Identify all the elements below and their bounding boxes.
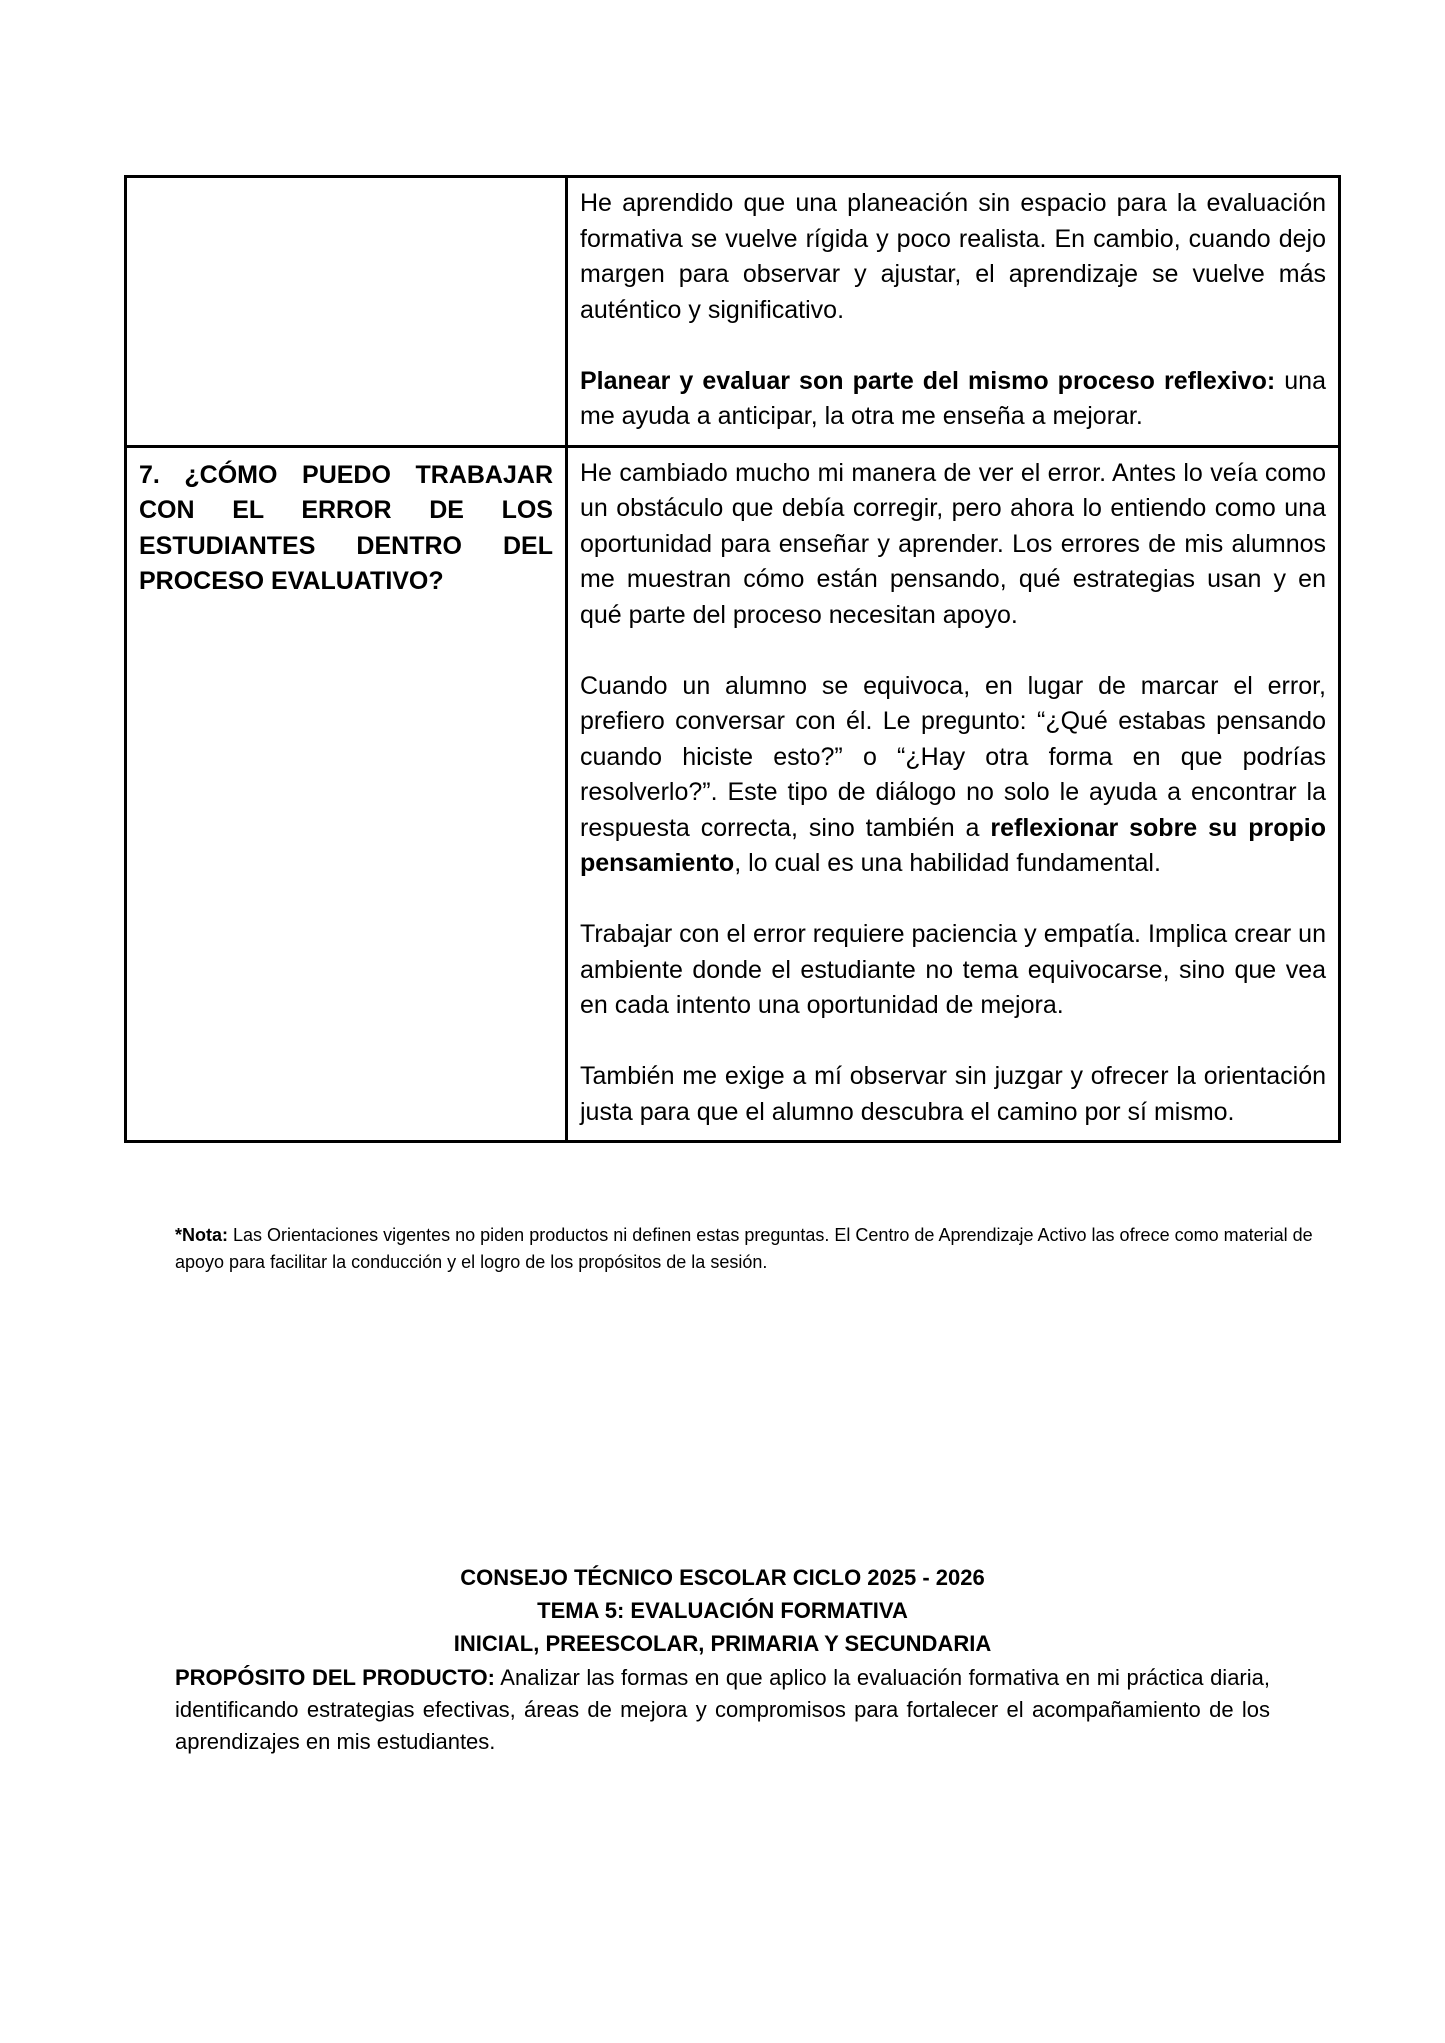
footnote-text: Las Orientaciones vigentes no piden prod… bbox=[175, 1225, 1313, 1272]
table-row: 7. ¿CÓMO PUEDO TRABAJAR CON EL ERROR DE … bbox=[126, 446, 1340, 1142]
answer-paragraph: Planear y evaluar son parte del mismo pr… bbox=[580, 364, 1326, 435]
levels-heading: INICIAL, PREESCOLAR, PRIMARIA Y SECUNDAR… bbox=[0, 1631, 1445, 1657]
question-cell bbox=[126, 177, 567, 447]
answer-paragraph: Trabajar con el error requiere paciencia… bbox=[580, 917, 1326, 1024]
table-row: He aprendido que una planeación sin espa… bbox=[126, 177, 1340, 447]
answer-paragraph: He aprendido que una planeación sin espa… bbox=[580, 186, 1326, 328]
question-text: 7. ¿CÓMO PUEDO TRABAJAR CON EL ERROR DE … bbox=[127, 448, 565, 600]
answer-cell: He cambiado mucho mi manera de ver el er… bbox=[567, 446, 1340, 1142]
purpose-label: PROPÓSITO DEL PRODUCTO: bbox=[175, 1665, 495, 1690]
topic-heading: TEMA 5: EVALUACIÓN FORMATIVA bbox=[0, 1598, 1445, 1624]
question-cell: 7. ¿CÓMO PUEDO TRABAJAR CON EL ERROR DE … bbox=[126, 446, 567, 1142]
answer-paragraph: He cambiado mucho mi manera de ver el er… bbox=[580, 456, 1326, 634]
answer-paragraph: Cuando un alumno se equivoca, en lugar d… bbox=[580, 669, 1326, 882]
reflection-table: He aprendido que una planeación sin espa… bbox=[124, 175, 1341, 1143]
footnote: *Nota: Las Orientaciones vigentes no pid… bbox=[175, 1222, 1325, 1276]
document-page: He aprendido que una planeación sin espa… bbox=[0, 0, 1445, 2043]
purpose-paragraph: PROPÓSITO DEL PRODUCTO: Analizar las for… bbox=[175, 1662, 1270, 1758]
section-heading: CONSEJO TÉCNICO ESCOLAR CICLO 2025 - 202… bbox=[0, 1565, 1445, 1591]
emphasis-text: Planear y evaluar son parte del mismo pr… bbox=[580, 367, 1275, 395]
answer-cell: He aprendido que una planeación sin espa… bbox=[567, 177, 1340, 447]
question-text bbox=[127, 178, 565, 188]
footnote-label: *Nota: bbox=[175, 1225, 228, 1245]
answer-paragraph: También me exige a mí observar sin juzga… bbox=[580, 1059, 1326, 1130]
